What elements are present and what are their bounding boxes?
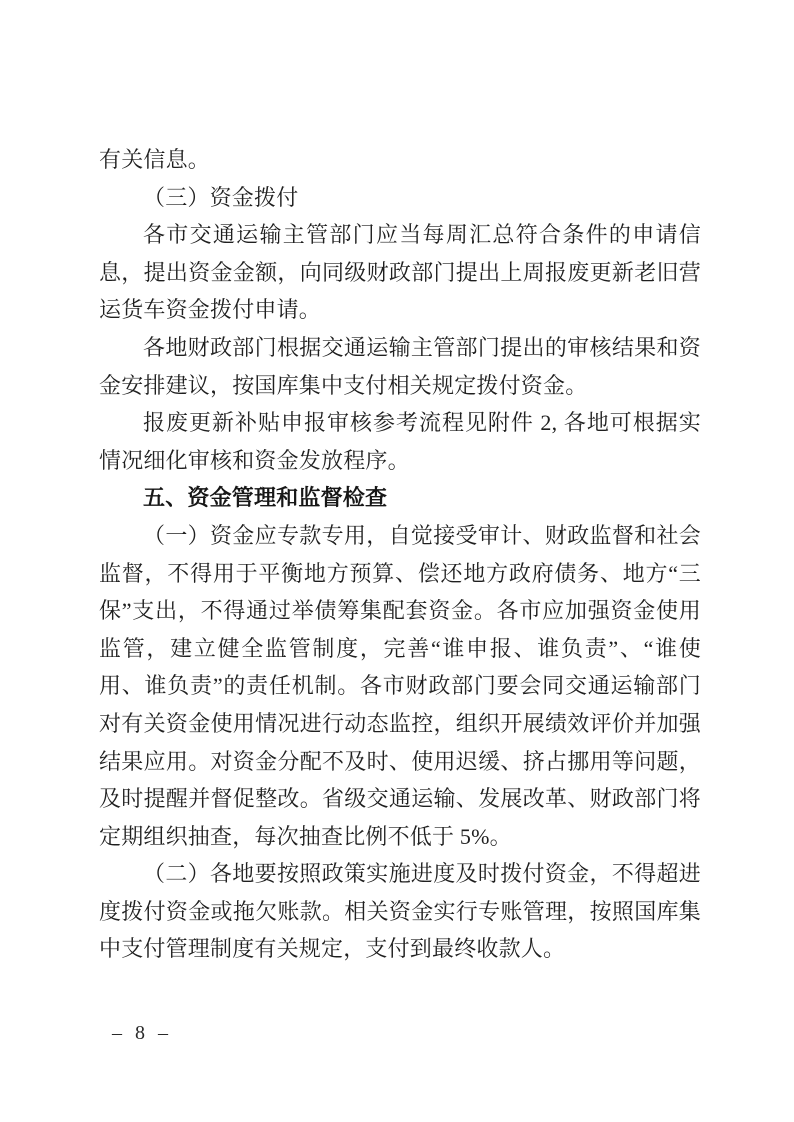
text-line: （一）资金应专款专用，自觉接受审计、财政监督和社会 xyxy=(99,517,701,555)
text-line: 监督，不得用于平衡地方预算、偿还地方政府债务、地方“三 xyxy=(99,555,701,593)
text-line: （二）各地要按照政策实施进度及时拨付资金，不得超进 xyxy=(99,855,701,893)
text-line: 度拨付资金或拖欠账款。相关资金实行专账管理，按照国库集 xyxy=(99,893,701,931)
text-line: 金安排建议，按国库集中支付相关规定拨付资金。 xyxy=(99,367,701,405)
section-heading: 五、资金管理和监督检查 xyxy=(99,479,701,517)
text-line: 有关信息。 xyxy=(99,141,701,179)
text-line: 对有关资金使用情况进行动态监控，组织开展绩效评价并加强 xyxy=(99,705,701,743)
text-line: 报废更新补贴申报审核参考流程见附件 2, 各地可根据实际 xyxy=(99,404,701,442)
text-line: 用、谁负责”的责任机制。各市财政部门要会同交通运输部门 xyxy=(99,667,701,705)
text-line: 结果应用。对资金分配不及时、使用迟缓、挤占挪用等问题， xyxy=(99,743,701,781)
text-line: 运货车资金拨付申请。 xyxy=(99,291,701,329)
text-line: 息，提出资金金额，向同级财政部门提出上周报废更新老旧营 xyxy=(99,254,701,292)
text-line: 情况细化审核和资金发放程序。 xyxy=(99,442,701,480)
text-line: 保”支出，不得通过举债筹集配套资金。各市应加强资金使用 xyxy=(99,592,701,630)
text-line: 监管，建立健全监管制度，完善“谁申报、谁负责”、“谁使 xyxy=(99,630,701,668)
text-line: 定期组织抽查，每次抽查比例不低于 5%。 xyxy=(99,818,701,856)
text-line: 中支付管理制度有关规定，支付到最终收款人。 xyxy=(99,930,701,968)
text-line: 各市交通运输主管部门应当每周汇总符合条件的申请信 xyxy=(99,216,701,254)
page-number: – 8 – xyxy=(112,1018,172,1048)
document-body: 有关信息。 （三）资金拨付 各市交通运输主管部门应当每周汇总符合条件的申请信 息… xyxy=(99,141,701,968)
sub-heading: （三）资金拨付 xyxy=(99,179,701,217)
document-page: 有关信息。 （三）资金拨付 各市交通运输主管部门应当每周汇总符合条件的申请信 息… xyxy=(0,0,794,1122)
text-line: 及时提醒并督促整改。省级交通运输、发展改革、财政部门将 xyxy=(99,780,701,818)
text-line: 各地财政部门根据交通运输主管部门提出的审核结果和资 xyxy=(99,329,701,367)
